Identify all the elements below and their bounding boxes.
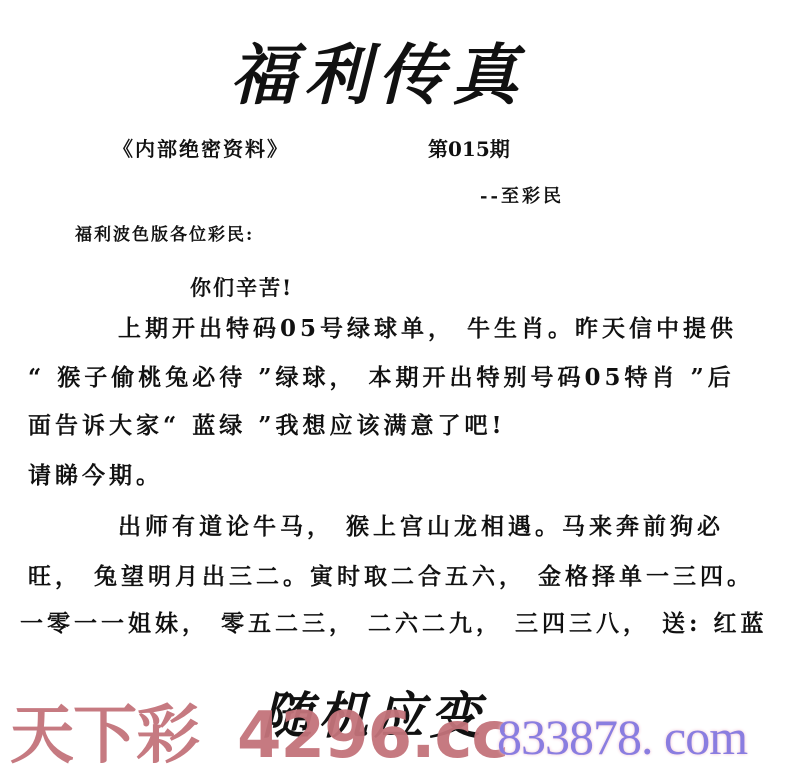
watermark-right: 833878. com	[497, 708, 747, 766]
body-line-2: “ 猴子偷桃兔必待 ”绿球， 本期开出特别号码05特肖 ”后	[28, 364, 735, 392]
body-line-7: 一零一一姐妹， 零五二三， 二六二九， 三四三八， 送: 红蓝	[20, 610, 768, 638]
body-line-6: 旺， 兔望明月出三二。寅时取二合五六， 金格择单一三四。	[28, 563, 754, 591]
watermark-left-domain: 4296.cc	[237, 699, 508, 772]
body-line-1: 上期开出特码05号绿球单， 牛生肖。昨天信中提供	[118, 315, 737, 343]
salutation: 福利波色版各位彩民:	[75, 220, 254, 245]
body-line-3: 面告诉大家“ 蓝绿 ”我想应该满意了吧!	[28, 412, 506, 440]
body-line-5: 出师有道论牛马， 猴上宫山龙相遇。马来奔前狗必	[118, 513, 724, 541]
watermark-left-brand: 天下彩	[10, 699, 199, 772]
issue-number: 第015期	[428, 133, 510, 162]
body-line-4: 请睇今期。	[28, 462, 163, 490]
watermark-left: 天下彩4296.cc	[10, 684, 508, 772]
document-title: 福利传真	[230, 30, 526, 120]
signature: --至彩民	[480, 182, 564, 208]
greeting: 你们辛苦!	[190, 272, 293, 302]
confidential-label: 《内部绝密资料》	[113, 133, 289, 162]
